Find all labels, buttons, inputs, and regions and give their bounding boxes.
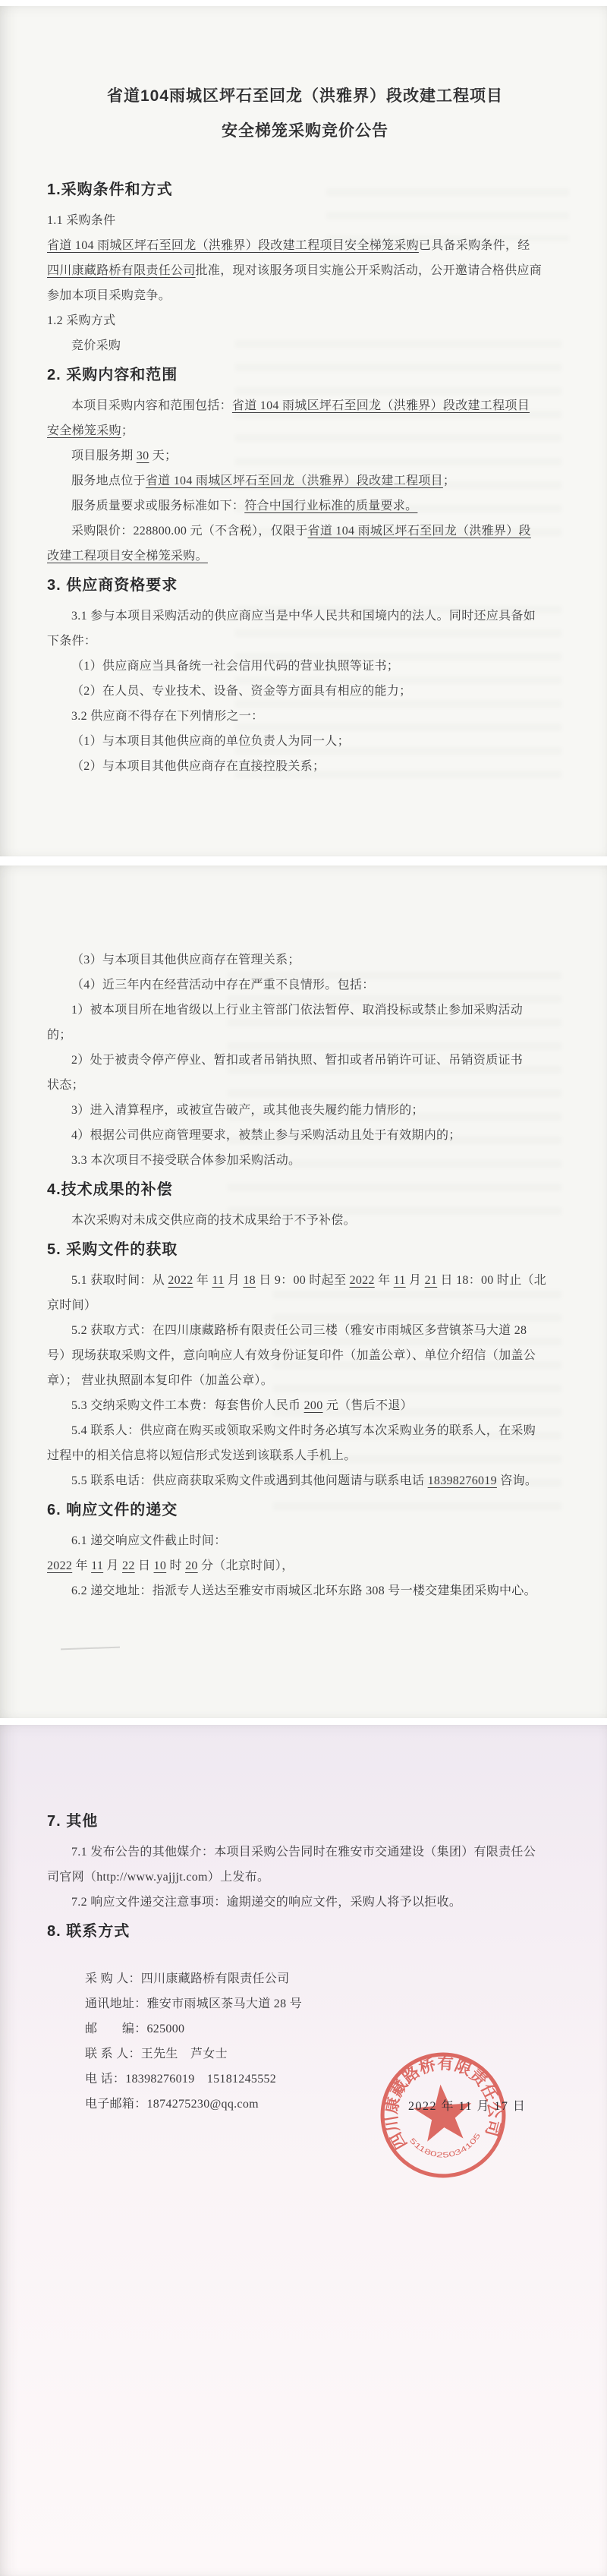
- text-line: （1）与本项目其他供应商的单位负责人为同一人；: [47, 729, 563, 754]
- text-run: 安全梯笼采购竞价公告: [222, 122, 388, 140]
- text-run: 1.采购条件和方式: [47, 181, 173, 198]
- text-run: 咨询。: [497, 1474, 537, 1487]
- text-line: 5.1 获取时间：从 2022 年 11 月 18 日 9：00 时起至 202…: [47, 1268, 563, 1293]
- text-line: 状态；: [47, 1073, 563, 1098]
- text-run: 分（北京时间），: [198, 1559, 294, 1572]
- text-run: （2）在人员、专业技术、设备、资金等方面具有相应的能力；: [71, 685, 411, 698]
- underlined-text: 10: [154, 1559, 167, 1572]
- page-3: 7. 其他7.1 发布公告的其他媒介：本项目采购公告同时在雅安市交通建设（集团）…: [0, 1725, 607, 2576]
- text-run: 日 18：00 时止（北: [437, 1274, 546, 1287]
- underlined-text: 30: [137, 449, 149, 462]
- text-line: 改建工程项目安全梯笼采购。: [47, 544, 563, 569]
- text-line: 7.1 发布公告的其他媒介：本项目采购公告同时在雅安市交通建设（集团）有限责任公: [47, 1840, 563, 1865]
- text-line: 1.2 采购方式: [47, 308, 563, 333]
- text-run: 3.1 参与本项目采购活动的供应商应当是中华人民共和国境内的法人。同时还应具备如: [71, 610, 536, 623]
- text-run: 日 9：00 时起至: [256, 1274, 350, 1287]
- text-run: 年: [375, 1274, 394, 1287]
- text-line: （2）在人员、专业技术、设备、资金等方面具有相应的能力；: [47, 679, 563, 704]
- text-run: 3.2 供应商不得存在下列情形之一：: [71, 710, 263, 723]
- text-line: 本次采购对未成交供应商的技术成果给于不予补偿。: [47, 1208, 563, 1233]
- text-line: 7.2 响应文件递交注意事项：逾期递交的响应文件，采购人将予以拒收。: [47, 1890, 563, 1915]
- text-line: 4）根据公司供应商管理要求，被禁止参与采购活动且处于有效期内的；: [47, 1123, 563, 1148]
- text-run: 日: [135, 1559, 154, 1572]
- text-run: 1.1 采购条件: [47, 214, 115, 227]
- svg-text:5118025034105: 5118025034105: [407, 2130, 485, 2162]
- text-run: 6. 响应文件的递交: [47, 1502, 178, 1518]
- underlined-text: 200: [304, 1399, 323, 1412]
- text-run: （4）近三年内在经营活动中存在严重不良情形。包括：: [71, 979, 375, 992]
- text-run: 1）被本项目所在地省级以上行业主管部门依法暂停、取消投标或禁止参加采购活动: [71, 1004, 523, 1017]
- underlined-text: 省道 104 雨城区坪石至回龙（洪雅界）段改建工程项目: [146, 475, 443, 487]
- text-line: （3）与本项目其他供应商存在管理关系；: [47, 947, 563, 973]
- text-run: 天；: [149, 449, 177, 462]
- text-run: 服务地点位于: [71, 475, 146, 487]
- underlined-text: 20: [185, 1559, 198, 1572]
- text-line: 服务地点位于省道 104 雨城区坪石至回龙（洪雅界）段改建工程项目；: [47, 468, 563, 493]
- text-run: 年: [193, 1274, 212, 1287]
- text-line: 2）处于被责令停产停业、暂扣或者吊销执照、暂扣或者吊销许可证、吊销资质证书: [47, 1048, 563, 1073]
- underlined-text: 11: [212, 1274, 224, 1287]
- text-run: 号）现场获取采购文件，意向响应人有效身份证复印件（加盖公章）、单位介绍信（加盖公: [47, 1349, 536, 1362]
- text-run: 时: [166, 1559, 185, 1572]
- text-run: 5. 采购文件的获取: [47, 1241, 178, 1258]
- seal-code-text: 5118025034105: [407, 2130, 485, 2162]
- page-2: （3）与本项目其他供应商存在管理关系；（4）近三年内在经营活动中存在严重不良情形…: [0, 865, 607, 1718]
- text-run: 本次采购对未成交供应商的技术成果给于不予补偿。: [71, 1214, 356, 1227]
- pencil-mark-artifact: [61, 1647, 120, 1651]
- underlined-text: 18: [243, 1274, 256, 1287]
- text-line: （1）供应商应当具备统一社会信用代码的营业执照等证书；: [47, 654, 563, 679]
- text-run: 状态；: [47, 1079, 84, 1092]
- text-run: （1）与本项目其他供应商的单位负责人为同一人；: [71, 735, 350, 748]
- text-run: 电 话：18398276019 15181245552: [85, 2073, 276, 2086]
- underlined-text: 改建工程项目安全梯笼采购。: [47, 550, 208, 563]
- text-run: 6.2 递交地址：指派专人送达至雅安市雨城区北环东路 308 号一楼交建集团采购…: [71, 1584, 536, 1597]
- underlined-text: 省道 104 雨城区坪石至回龙（洪雅界）段改建工程项目安全梯笼采购: [47, 239, 419, 252]
- spacer: [47, 1950, 563, 1966]
- text-run: 4）根据公司供应商管理要求，被禁止参与采购活动且处于有效期内的；: [71, 1129, 461, 1142]
- text-line: 司官网（http://www.yajjjt.com）上发布。: [47, 1865, 563, 1890]
- spacer: [47, 149, 563, 173]
- text-run: 联 系 人：王先生 芦女士: [85, 2048, 228, 2060]
- text-run: 2）处于被责令停产停业、暂扣或者吊销执照、暂扣或者吊销许可证、吊销资质证书: [71, 1054, 523, 1067]
- text-run: 6.1 递交响应文件截止时间：: [71, 1534, 227, 1547]
- underlined-text: 符合中国行业标准的质量要求。: [244, 500, 417, 512]
- text-run: 竞价采购: [71, 339, 121, 352]
- section-heading: 6. 响应文件的递交: [47, 1499, 563, 1521]
- underlined-text: 省道 104 雨城区坪石至回龙（洪雅界）段: [308, 525, 531, 538]
- section-heading: 4.技术成果的补偿: [47, 1179, 563, 1200]
- text-line: 5.4 联系人：供应商在购买或领取采购文件时务必填写本次采购业务的联系人，在采购: [47, 1418, 563, 1443]
- text-line: 5.2 获取方式：在四川康藏路桥有限责任公司三楼（雅安市雨城区多营镇茶马大道 2…: [47, 1318, 563, 1343]
- text-line: （4）近三年内在经营活动中存在严重不良情形。包括：: [47, 973, 563, 998]
- text-line: 邮 编：625000: [47, 2016, 563, 2042]
- underlined-text: 11: [91, 1559, 103, 1572]
- document-title: 省道104雨城区坪石至回龙（洪雅界）段改建工程项目: [47, 79, 563, 114]
- section-heading: 1.采购条件和方式: [47, 179, 563, 200]
- section-heading: 3. 供应商资格要求: [47, 575, 563, 596]
- company-seal-stamp: 四川康藏路桥有限责任公司 5118025034105: [373, 2045, 514, 2186]
- text-line: 1）被本项目所在地省级以上行业主管部门依法暂停、取消投标或禁止参加采购活动: [47, 998, 563, 1023]
- text-run: 8. 联系方式: [47, 1923, 130, 1940]
- text-line: 安全梯笼采购；: [47, 418, 563, 443]
- text-run: 项目服务期: [71, 449, 137, 462]
- text-run: 参加本项目采购竞争。: [47, 289, 171, 302]
- text-run: ；: [121, 424, 134, 437]
- text-run: 通讯地址：雅安市雨城区茶马大道 28 号: [85, 1997, 302, 2010]
- underlined-text: 18398276019: [428, 1474, 497, 1487]
- text-run: （2）与本项目其他供应商存在直接控股关系；: [71, 760, 325, 773]
- underlined-text: 2022: [350, 1274, 375, 1287]
- text-line: 省道 104 雨城区坪石至回龙（洪雅界）段改建工程项目安全梯笼采购已具备采购条件…: [47, 233, 563, 258]
- text-run: 服务质量要求或服务标准如下：: [71, 500, 244, 512]
- text-line: 本项目采购内容和范围包括：省道 104 雨城区坪石至回龙（洪雅界）段改建工程项目: [47, 393, 563, 418]
- text-run: 7.2 响应文件递交注意事项：逾期递交的响应文件，采购人将予以拒收。: [71, 1896, 461, 1909]
- text-line: 5.3 交纳采购文件工本费：每套售价人民币 200 元（售后不退）: [47, 1393, 563, 1418]
- text-line: 3.3 本次项目不接受联合体参加采购活动。: [47, 1148, 563, 1173]
- text-run: 7. 其他: [47, 1813, 98, 1830]
- text-line: 的；: [47, 1023, 563, 1048]
- text-run: 京时间）: [47, 1299, 96, 1312]
- text-run: 5.5 联系电话：供应商获取采购文件或遇到其他问题请与联系电话: [71, 1474, 428, 1487]
- text-run: 章）； 营业执照副本复印件（加盖公章）。: [47, 1374, 273, 1387]
- text-run: （1）供应商应当具备统一社会信用代码的营业执照等证书；: [71, 660, 399, 673]
- text-run: 省道104雨城区坪石至回龙（洪雅界）段改建工程项目: [107, 87, 503, 105]
- text-run: 5.4 联系人：供应商在购买或领取采购文件时务必填写本次采购业务的联系人，在采购: [71, 1424, 536, 1437]
- text-run: （3）与本项目其他供应商存在管理关系；: [71, 954, 300, 966]
- text-line: 采 购 人：四川康藏路桥有限责任公司: [47, 1966, 563, 1991]
- text-run: 月: [224, 1274, 243, 1287]
- text-run: ；: [443, 475, 455, 487]
- section-heading: 7. 其他: [47, 1811, 563, 1832]
- text-run: 已具备采购条件，经: [419, 239, 530, 252]
- page-2-content: （3）与本项目其他供应商存在管理关系；（4）近三年内在经营活动中存在严重不良情形…: [47, 947, 563, 1603]
- text-line: 竞价采购: [47, 333, 563, 358]
- page-1-content: 省道104雨城区坪石至回龙（洪雅界）段改建工程项目安全梯笼采购竞价公告1.采购条…: [47, 79, 563, 779]
- text-line: 3.1 参与本项目采购活动的供应商应当是中华人民共和国境内的法人。同时还应具备如: [47, 604, 563, 629]
- text-line: 5.5 联系电话：供应商获取采购文件或遇到其他问题请与联系电话 18398276…: [47, 1468, 563, 1493]
- text-run: 月: [103, 1559, 122, 1572]
- text-line: 2022 年 11 月 22 日 10 时 20 分（北京时间），: [47, 1553, 563, 1578]
- underlined-text: 2022: [168, 1274, 193, 1287]
- underlined-text: 四川康藏路桥有限责任公司: [47, 264, 196, 277]
- underlined-text: 2022: [47, 1559, 72, 1572]
- text-run: 1.2 采购方式: [47, 314, 115, 327]
- text-run: 邮 编：625000: [85, 2023, 184, 2035]
- scanned-document: { "document": { "sign_date": "2022 年 11 …: [0, 0, 607, 2576]
- text-line: 1.1 采购条件: [47, 208, 563, 233]
- text-line: 过程中的相关信息将以短信形式发送到该联系人手机上。: [47, 1443, 563, 1468]
- underlined-text: 22: [122, 1559, 135, 1572]
- text-run: 5.2 获取方式：在四川康藏路桥有限责任公司三楼（雅安市雨城区多营镇茶马大道 2…: [71, 1324, 527, 1337]
- text-run: 元（售后不退）: [323, 1399, 413, 1412]
- text-line: （2）与本项目其他供应商存在直接控股关系；: [47, 754, 563, 779]
- section-heading: 8. 联系方式: [47, 1921, 563, 1942]
- section-heading: 2. 采购内容和范围: [47, 364, 563, 386]
- document-title: 安全梯笼采购竞价公告: [47, 114, 563, 149]
- text-run: 5.3 交纳采购文件工本费：每套售价人民币: [71, 1399, 304, 1412]
- text-line: 3.2 供应商不得存在下列情形之一：: [47, 704, 563, 729]
- text-run: 本项目采购内容和范围包括：: [71, 399, 232, 412]
- underlined-text: 11: [394, 1274, 406, 1287]
- text-line: 采购限价：228800.00 元（不含税），仅限于省道 104 雨城区坪石至回龙…: [47, 519, 563, 544]
- text-line: 项目服务期 30 天；: [47, 443, 563, 468]
- seal-graphic: 四川康藏路桥有限责任公司 5118025034105: [373, 2045, 514, 2186]
- text-line: 四川康藏路桥有限责任公司批准，现对该服务项目实施公开采购活动，公开邀请合格供应商: [47, 258, 563, 283]
- text-line: 服务质量要求或服务标准如下：符合中国行业标准的质量要求。: [47, 493, 563, 519]
- text-run: 采 购 人：四川康藏路桥有限责任公司: [85, 1972, 289, 1985]
- sign-date: 2022 年 11 月 17 日: [408, 2096, 526, 2114]
- text-line: 号）现场获取采购文件，意向响应人有效身份证复印件（加盖公章）、单位介绍信（加盖公: [47, 1343, 563, 1368]
- text-run: 电子邮箱：1874275230@qq.com: [85, 2098, 259, 2111]
- text-run: 过程中的相关信息将以短信形式发送到该联系人手机上。: [47, 1449, 357, 1462]
- text-run: 下条件：: [47, 635, 96, 648]
- text-line: 章）； 营业执照副本复印件（加盖公章）。: [47, 1368, 563, 1393]
- text-line: 6.1 递交响应文件截止时间：: [47, 1528, 563, 1553]
- text-run: 的；: [47, 1029, 72, 1042]
- text-run: 采购限价：228800.00 元（不含税），仅限于: [71, 525, 308, 538]
- page-1: 省道104雨城区坪石至回龙（洪雅界）段改建工程项目安全梯笼采购竞价公告1.采购条…: [0, 6, 607, 856]
- text-line: 下条件：: [47, 629, 563, 654]
- text-run: 7.1 发布公告的其他媒介：本项目采购公告同时在雅安市交通建设（集团）有限责任公: [71, 1846, 536, 1859]
- text-run: 5.1 获取时间：从: [71, 1274, 168, 1287]
- text-line: 通讯地址：雅安市雨城区茶马大道 28 号: [47, 1991, 563, 2016]
- text-run: 2. 采购内容和范围: [47, 367, 178, 383]
- underlined-text: 21: [425, 1274, 438, 1287]
- text-line: 6.2 递交地址：指派专人送达至雅安市雨城区北环东路 308 号一楼交建集团采购…: [47, 1578, 563, 1603]
- text-line: 京时间）: [47, 1293, 563, 1318]
- text-run: 3. 供应商资格要求: [47, 577, 178, 594]
- underlined-text: 省道 104 雨城区坪石至回龙（洪雅界）段改建工程项目: [232, 399, 530, 412]
- text-run: 3.3 本次项目不接受联合体参加采购活动。: [71, 1154, 300, 1167]
- text-line: 3）进入清算程序，或被宣告破产，或其他丧失履约能力情形的；: [47, 1098, 563, 1123]
- text-run: 月: [406, 1274, 425, 1287]
- text-line: 参加本项目采购竞争。: [47, 283, 563, 308]
- text-run: 年: [72, 1559, 91, 1572]
- text-run: 3）进入清算程序，或被宣告破产，或其他丧失履约能力情形的；: [71, 1104, 424, 1117]
- text-run: 4.技术成果的补偿: [47, 1181, 173, 1198]
- underlined-text: 安全梯笼采购: [47, 424, 121, 437]
- text-run: 司官网（http://www.yajjjt.com）上发布。: [47, 1871, 269, 1884]
- section-heading: 5. 采购文件的获取: [47, 1239, 563, 1260]
- text-run: 批准，现对该服务项目实施公开采购活动，公开邀请合格供应商: [196, 264, 542, 277]
